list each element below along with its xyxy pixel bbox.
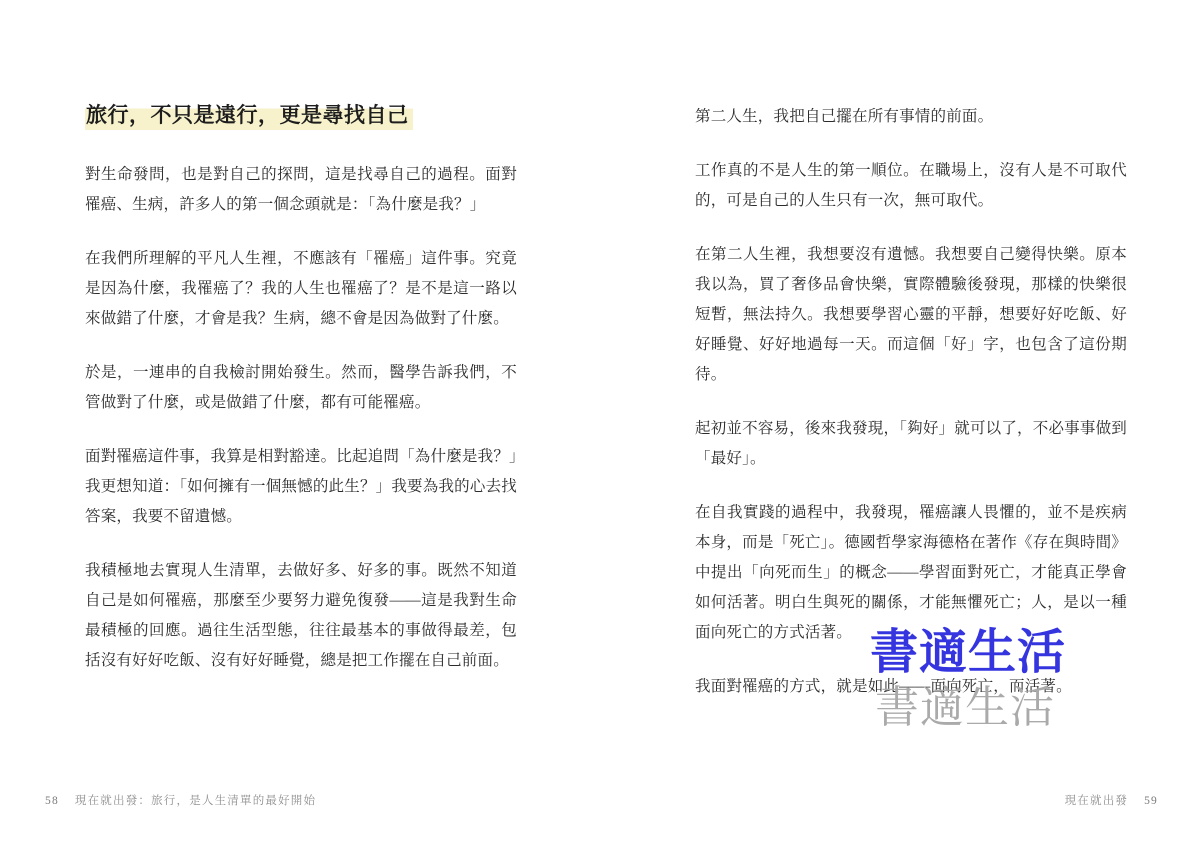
paragraph: 在我們所理解的平凡人生裡，不應該有「罹癌」這件事。究竟是因為什麼，我罹癌了？我的… [85,244,517,334]
watermark-blue: 書適生活 [870,629,1066,677]
book-title-footer: 現在就出發：旅行，是人生清單的最好開始 [75,795,316,807]
paragraph: 在第二人生裡，我想要沒有遺憾。我想要自己變得快樂。原本我以為，買了奢侈品會快樂，… [695,240,1127,390]
paragraph: 對生命發問，也是對自己的探問，這是找尋自己的過程。面對罹癌、生病，許多人的第一個… [85,160,517,220]
paragraph: 工作真的不是人生的第一順位。在職場上，沒有人是不可取代的，可是自己的人生只有一次… [695,156,1127,216]
paragraph: 第二人生，我把自己擺在所有事情的前面。 [695,102,1127,132]
page-number: 58 [45,795,59,807]
page-right: 第二人生，我把自己擺在所有事情的前面。 工作真的不是人生的第一順位。在職場上，沒… [695,0,1127,726]
footer-left: 58現在就出發：旅行，是人生清單的最好開始 [45,792,316,808]
footer-right: 現在就出發59 [1065,792,1158,808]
page-left: 旅行，不只是遠行，更是尋找自己 對生命發問，也是對自己的探問，這是找尋自己的過程… [85,0,517,700]
paragraph: 面對罹癌這件事，我算是相對豁達。比起追問「為什麼是我？」我更想知道：「如何擁有一… [85,442,517,532]
chapter-title: 旅行，不只是遠行，更是尋找自己 [85,100,517,130]
book-title-footer: 現在就出發 [1065,795,1129,807]
page-number: 59 [1144,795,1158,807]
title-highlight: 旅行，不只是遠行，更是尋找自己 [85,103,413,130]
paragraph: 於是，一連串的自我檢討開始發生。然而，醫學告訴我們，不管做對了什麼，或是做錯了什… [85,358,517,418]
paragraph: 我積極地去實現人生清單，去做好多、好多的事。既然不知道自己是如何罹癌，那麼至少要… [85,556,517,676]
paragraph: 起初並不容易，後來我發現，「夠好」就可以了，不必事事做到「最好」。 [695,414,1127,474]
watermark-gray: 書適生活 [875,686,1055,730]
